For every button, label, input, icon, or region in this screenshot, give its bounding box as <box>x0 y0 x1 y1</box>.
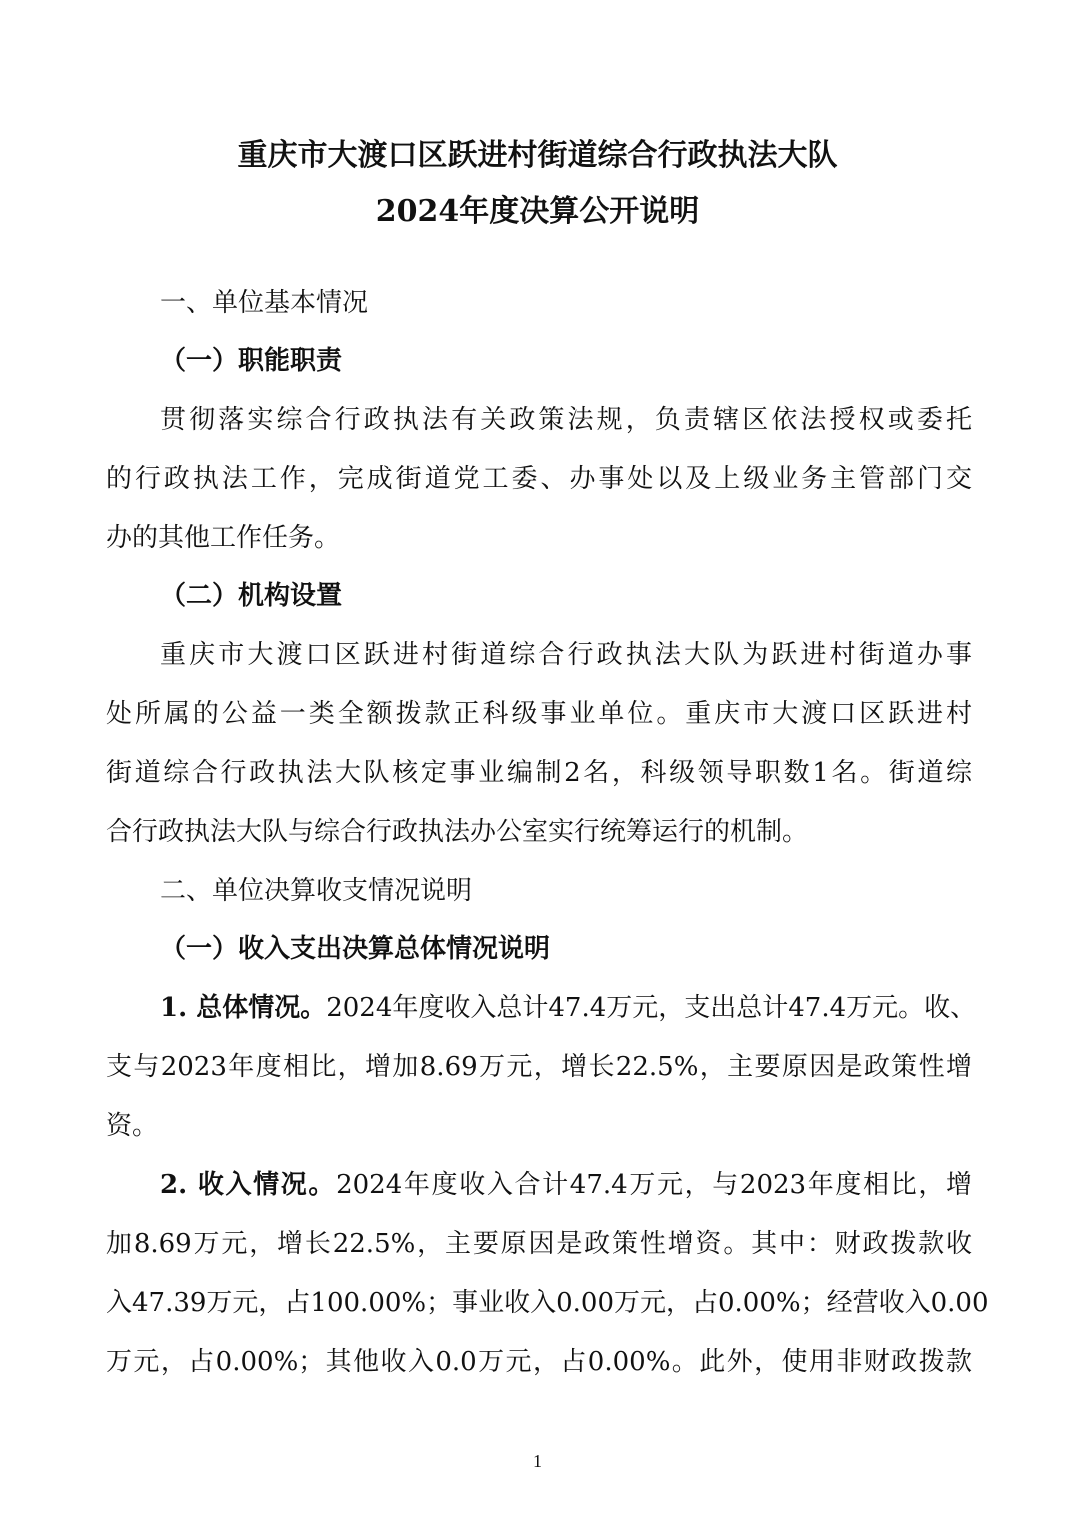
sub2-text-line3: 街道综合行政执法大队核定事业编制2名，科级领导职数1名。街道综 <box>106 752 972 789</box>
para2-line4: 万元，占0.00%；其他收入0.0万元，占0.00%。此外，使用非财政拨款 <box>106 1341 972 1378</box>
sub2-text-line1: 重庆市大渡口区跃进村街道综合行政执法大队为跃进村街道办事 <box>160 634 972 671</box>
document-title-line2: 2024年度决算公开说明 <box>0 186 1075 230</box>
section1-sub1-heading: （一）职能职责 <box>160 340 342 377</box>
section1-sub2-heading: （二）机构设置 <box>160 575 342 612</box>
para1-line3: 资。 <box>106 1105 972 1142</box>
para1-line1-rest: 2024年度收入总计47.4万元，支出总计47.4万元。收、 <box>326 993 976 1023</box>
section1-heading: 一、单位基本情况 <box>160 282 368 319</box>
para2-line1-rest: 2024年度收入合计47.4万元，与2023年度相比，增 <box>336 1170 972 1200</box>
page-number: 1 <box>0 1451 1075 1472</box>
para2-line1: 2. 收入情况。2024年度收入合计47.4万元，与2023年度相比，增 <box>160 1164 972 1201</box>
para2-line2: 加8.69万元，增长22.5%，主要原因是政策性增资。其中：财政拨款收 <box>106 1223 972 1260</box>
section2-heading: 二、单位决算收支情况说明 <box>160 870 472 907</box>
para1-lead: 1. 总体情况。 <box>160 993 326 1023</box>
para2-line3: 入47.39万元，占100.00%；事业收入0.00万元，占0.00%；经营收入… <box>106 1282 972 1319</box>
para2-lead: 2. 收入情况。 <box>160 1170 336 1200</box>
sub1-text-line3: 办的其他工作任务。 <box>106 517 972 554</box>
section2-sub1-heading: （一）收入支出决算总体情况说明 <box>160 928 550 965</box>
sub1-text-line2: 的行政执法工作，完成街道党工委、办事处以及上级业务主管部门交 <box>106 458 972 495</box>
document-page: 重庆市大渡口区跃进村街道综合行政执法大队 2024年度决算公开说明 一、单位基本… <box>0 0 1075 1520</box>
para1-line1: 1. 总体情况。2024年度收入总计47.4万元，支出总计47.4万元。收、 <box>160 987 972 1024</box>
para1-line2: 支与2023年度相比，增加8.69万元，增长22.5%，主要原因是政策性增 <box>106 1046 972 1083</box>
sub2-text-line4: 合行政执法大队与综合行政执法办公室实行统筹运行的机制。 <box>106 811 972 848</box>
document-title-line1: 重庆市大渡口区跃进村街道综合行政执法大队 <box>0 130 1075 174</box>
sub2-text-line2: 处所属的公益一类全额拨款正科级事业单位。重庆市大渡口区跃进村 <box>106 693 972 730</box>
sub1-text-line1: 贯彻落实综合行政执法有关政策法规，负责辖区依法授权或委托 <box>160 399 972 436</box>
